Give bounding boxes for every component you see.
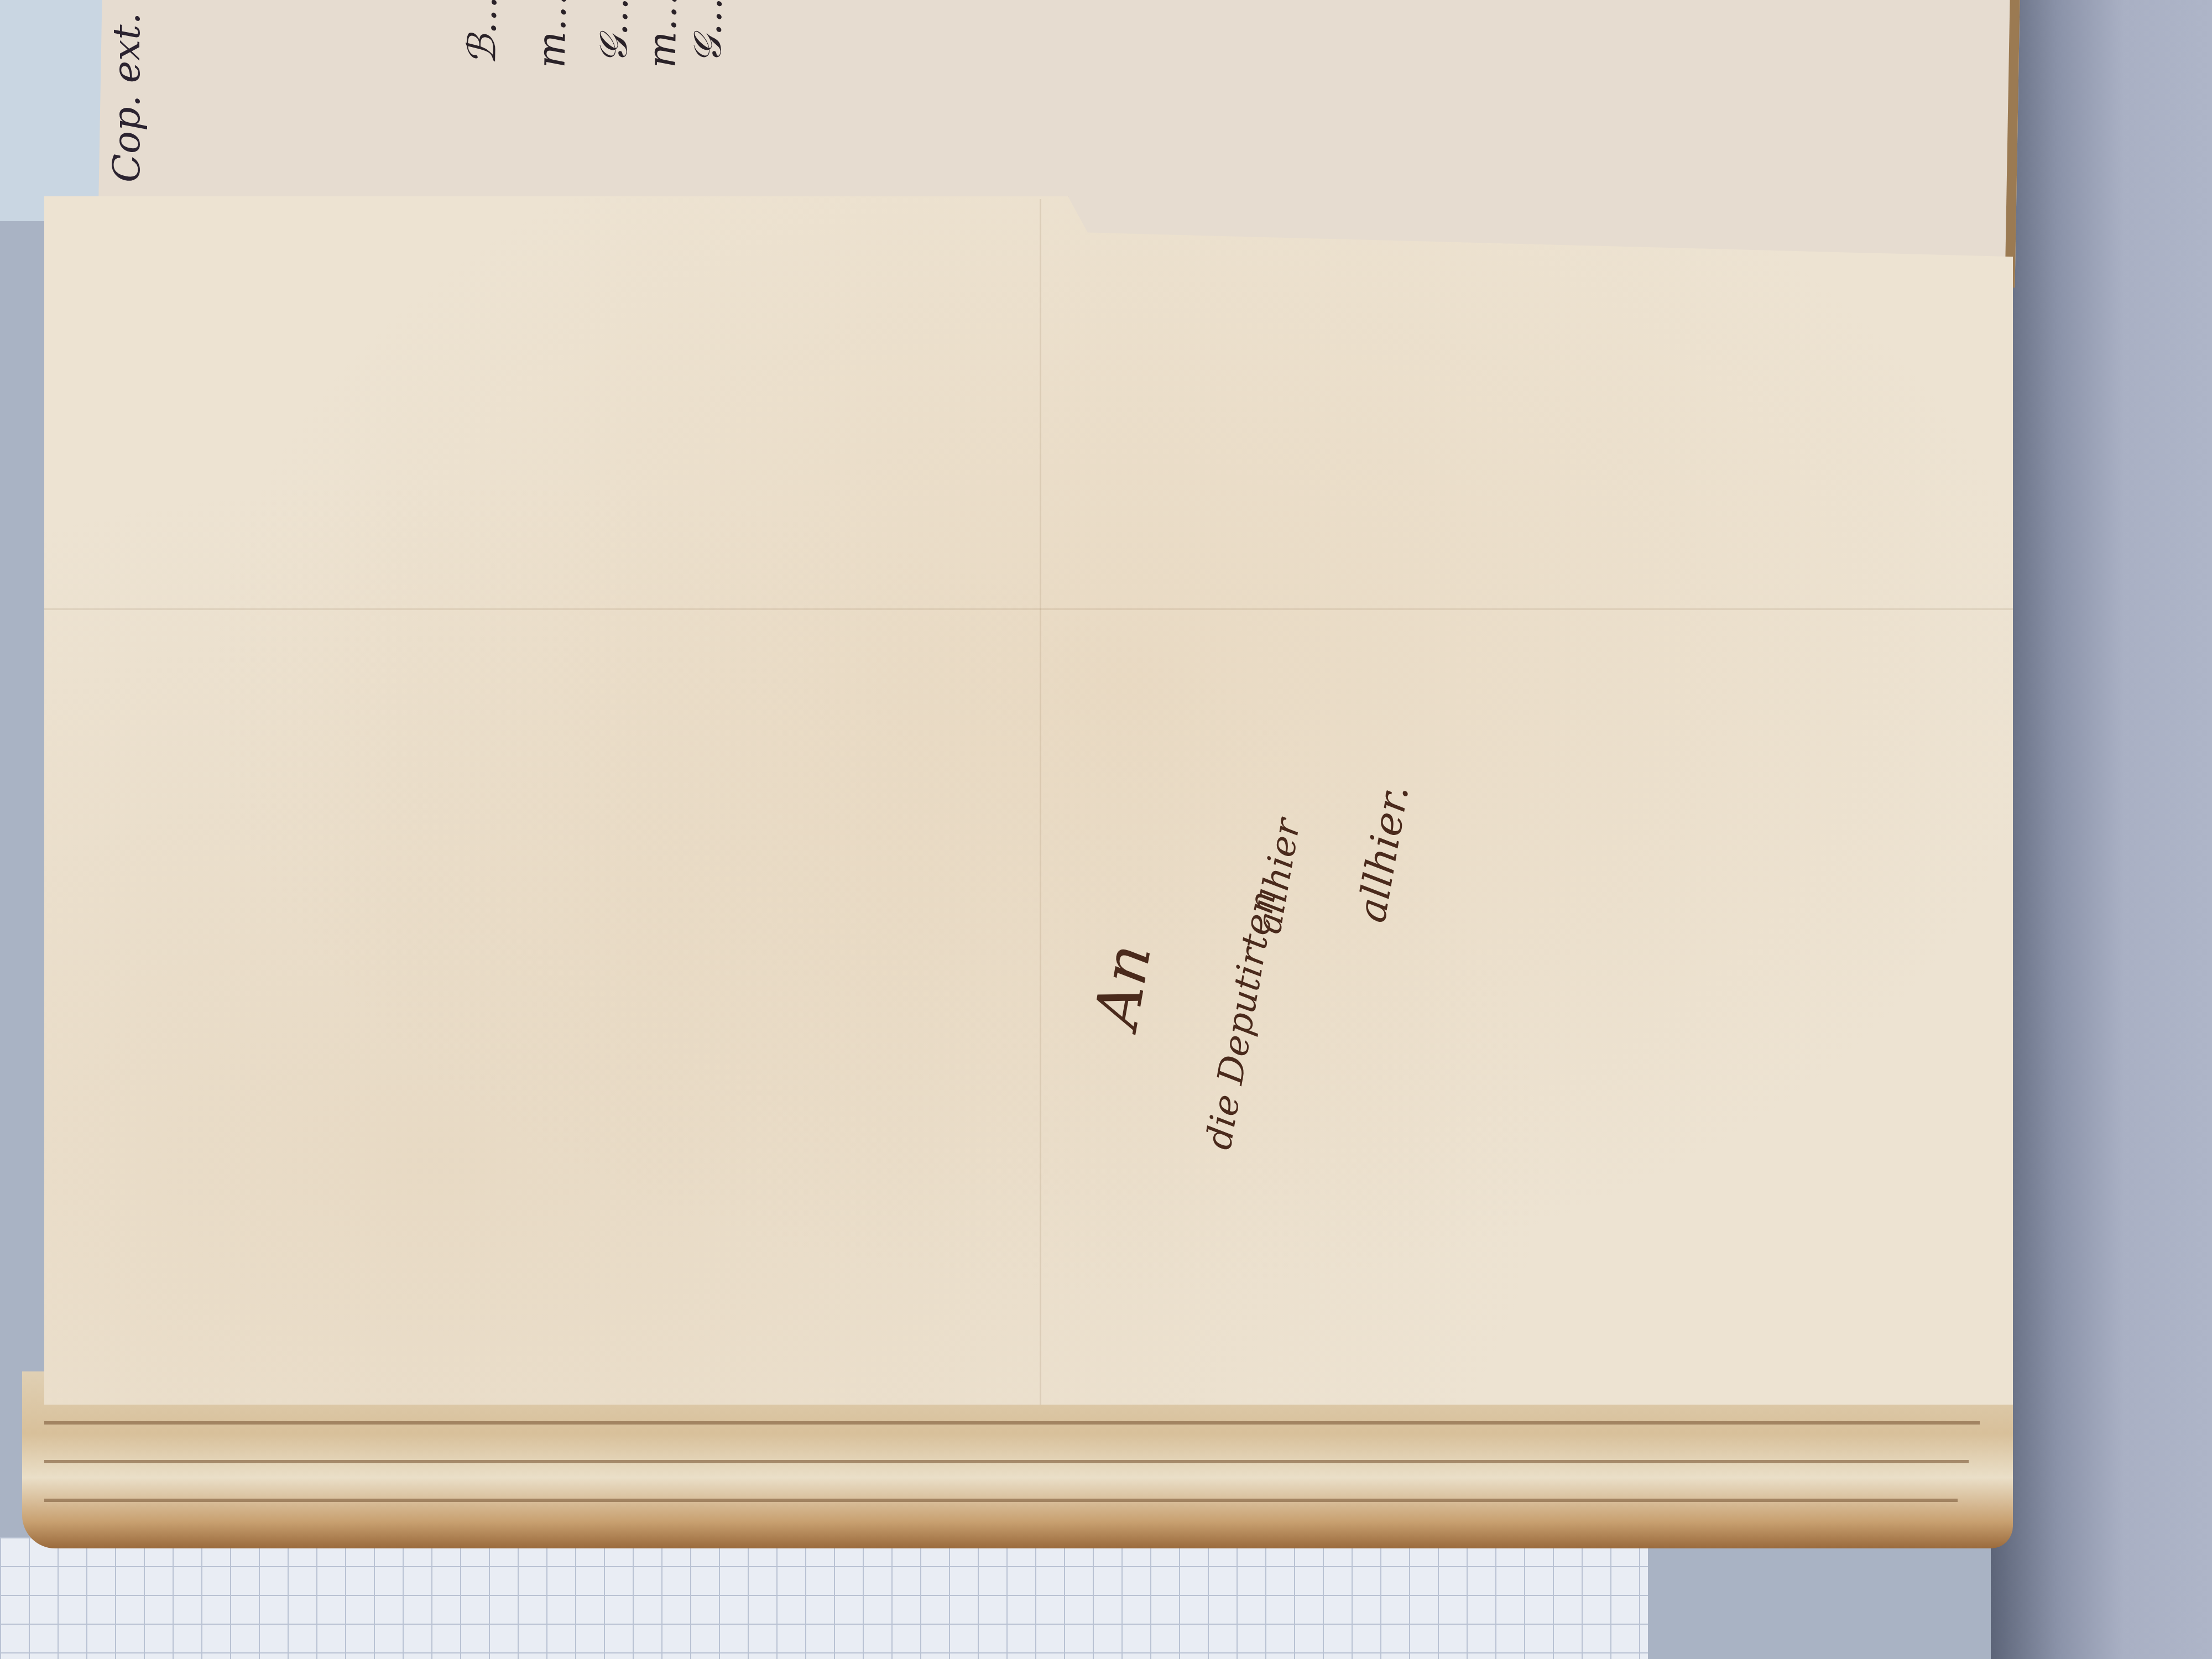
address-line-1: An [1081, 939, 1165, 1033]
table-surface-left [0, 0, 105, 221]
grid-paper-underlay [0, 1537, 1648, 1659]
fold-line-horizontal [44, 608, 2013, 610]
back-page-script-line: m… [529, 0, 591, 68]
page-edge [44, 1421, 1980, 1425]
back-page-script-line: 𝒢… [684, 0, 746, 64]
table-surface-right [1991, 0, 2212, 1659]
page-edge [44, 1499, 1958, 1502]
back-page-script-line: ℬ… [459, 0, 521, 65]
fold-line-vertical [1040, 199, 1041, 1405]
marginal-note: Cop. ext. [105, 13, 149, 182]
page-edge [44, 1460, 1969, 1463]
address-page [44, 196, 2013, 1405]
